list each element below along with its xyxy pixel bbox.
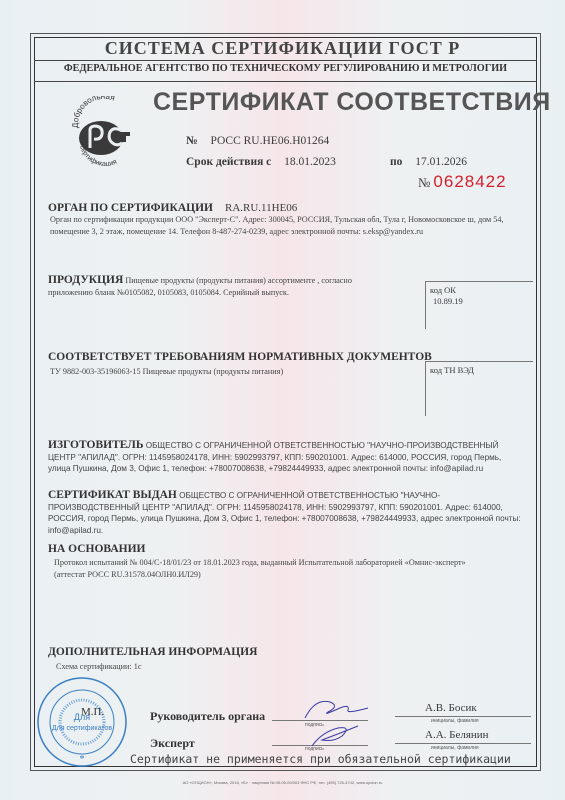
- basis-text: Протокол испытаний № 004/С-18/01/23 от 1…: [54, 557, 484, 580]
- manufacturer-section: ИЗГОТОВИТЕЛЬ ОБЩЕСТВО С ОГРАНИЧЕННОЙ ОТВ…: [48, 440, 524, 488]
- ok-code-box: код ОК 10.89.19: [425, 281, 533, 329]
- validity-line: Срок действия с 18.01.2023: [186, 156, 336, 168]
- stamp-place-label: М.П.: [81, 706, 104, 718]
- tnved-code-label: код ТН ВЭД: [430, 365, 529, 376]
- basis-label: НА ОСНОВАНИИ: [48, 543, 146, 555]
- system-title: СИСТЕМА СЕРТИФИКАЦИИ ГОСТ Р: [0, 38, 565, 59]
- expert-signature: [308, 722, 368, 753]
- certification-body-code: RA.RU.11НЕ06: [225, 202, 297, 214]
- head-name-line: [395, 716, 531, 717]
- expert-name: А.А. Белянин: [425, 729, 489, 741]
- rst-logo: Добровольная сертификация: [68, 96, 138, 166]
- manufacturer-label: ИЗГОТОВИТЕЛЬ: [48, 440, 143, 451]
- certificate-number: РОСС RU.НЕ06.Н01264: [210, 135, 329, 147]
- svg-text:*: *: [80, 754, 85, 765]
- tnved-code-box: код ТН ВЭД: [425, 361, 533, 416]
- head-name-caption: инициалы, фамилия: [431, 718, 479, 724]
- number-label: №: [186, 135, 198, 147]
- serial-label: №: [418, 175, 430, 190]
- ok-code-label: код ОК: [430, 285, 529, 296]
- issued-to-section: СЕРТИФИКАТ ВЫДАН ОБЩЕСТВО С ОГРАНИЧЕННОЙ…: [48, 490, 524, 536]
- serial-value: 0628422: [433, 172, 506, 191]
- ok-code-value: 10.89.19: [430, 296, 529, 307]
- to-label: по: [390, 156, 402, 168]
- printer-imprint: АО «ОПЦИОН», Москва, 2018, «Б» · лицензи…: [0, 780, 565, 785]
- validity-label: Срок действия с: [186, 156, 271, 168]
- expert-name-caption: инициалы, фамилия: [431, 745, 479, 751]
- compliance-label: СООТВЕТСТВУЕТ ТРЕБОВАНИЯМ НОРМАТИВНЫХ ДО…: [48, 351, 432, 363]
- certificate-number-line: № РОСС RU.НЕ06.Н01264: [186, 135, 329, 147]
- product-section: ПРОДУКЦИЯ Пищевые продукты (продукты пит…: [48, 275, 368, 298]
- additional-text: Схема сертификации: 1с: [56, 661, 141, 673]
- head-name: А.В. Босик: [425, 702, 477, 714]
- expert-label: Эксперт: [150, 736, 195, 751]
- compliance-text: ТУ 9882-003-35196063-15 Пищевые продукты…: [50, 366, 283, 378]
- footer-note: Сертификат не применяется при обязательн…: [130, 752, 511, 766]
- product-label: ПРОДУКЦИЯ: [48, 274, 123, 286]
- head-label: Руководитель органа: [150, 709, 265, 724]
- stamp-seal-icon: Для Для сертификатов *: [36, 676, 128, 768]
- agency-divider: [34, 81, 537, 82]
- certification-stamp: Для Для сертификатов *: [36, 676, 128, 768]
- valid-to: 17.01.2026: [415, 156, 467, 168]
- certification-body-text: Орган по сертификации продукции ООО "Экс…: [50, 214, 530, 237]
- rst-mark-icon: Добровольная сертификация: [68, 96, 138, 166]
- handwritten-signature-icon: [308, 722, 368, 748]
- handwritten-signature-icon: [300, 696, 370, 722]
- expert-name-line: [395, 743, 531, 744]
- valid-from: 18.01.2023: [284, 156, 336, 168]
- svg-text:Для сертификатов: Для сертификатов: [52, 725, 112, 732]
- valid-to-line: по 17.01.2026: [390, 156, 467, 168]
- serial-number: №0628422: [418, 172, 507, 192]
- certification-body-label: ОРГАН ПО СЕРТИФИКАЦИИ: [48, 202, 213, 214]
- agency-name: ФЕДЕРАЛЬНОЕ АГЕНТСТВО ПО ТЕХНИЧЕСКОМУ РЕ…: [34, 63, 537, 74]
- header-divider: [34, 60, 537, 61]
- issued-to-label: СЕРТИФИКАТ ВЫДАН: [48, 489, 177, 501]
- additional-label: ДОПОЛНИТЕЛЬНАЯ ИНФОРМАЦИЯ: [48, 646, 257, 658]
- certificate-title: СЕРТИФИКАТ СООТВЕТСТВИЯ: [153, 88, 551, 117]
